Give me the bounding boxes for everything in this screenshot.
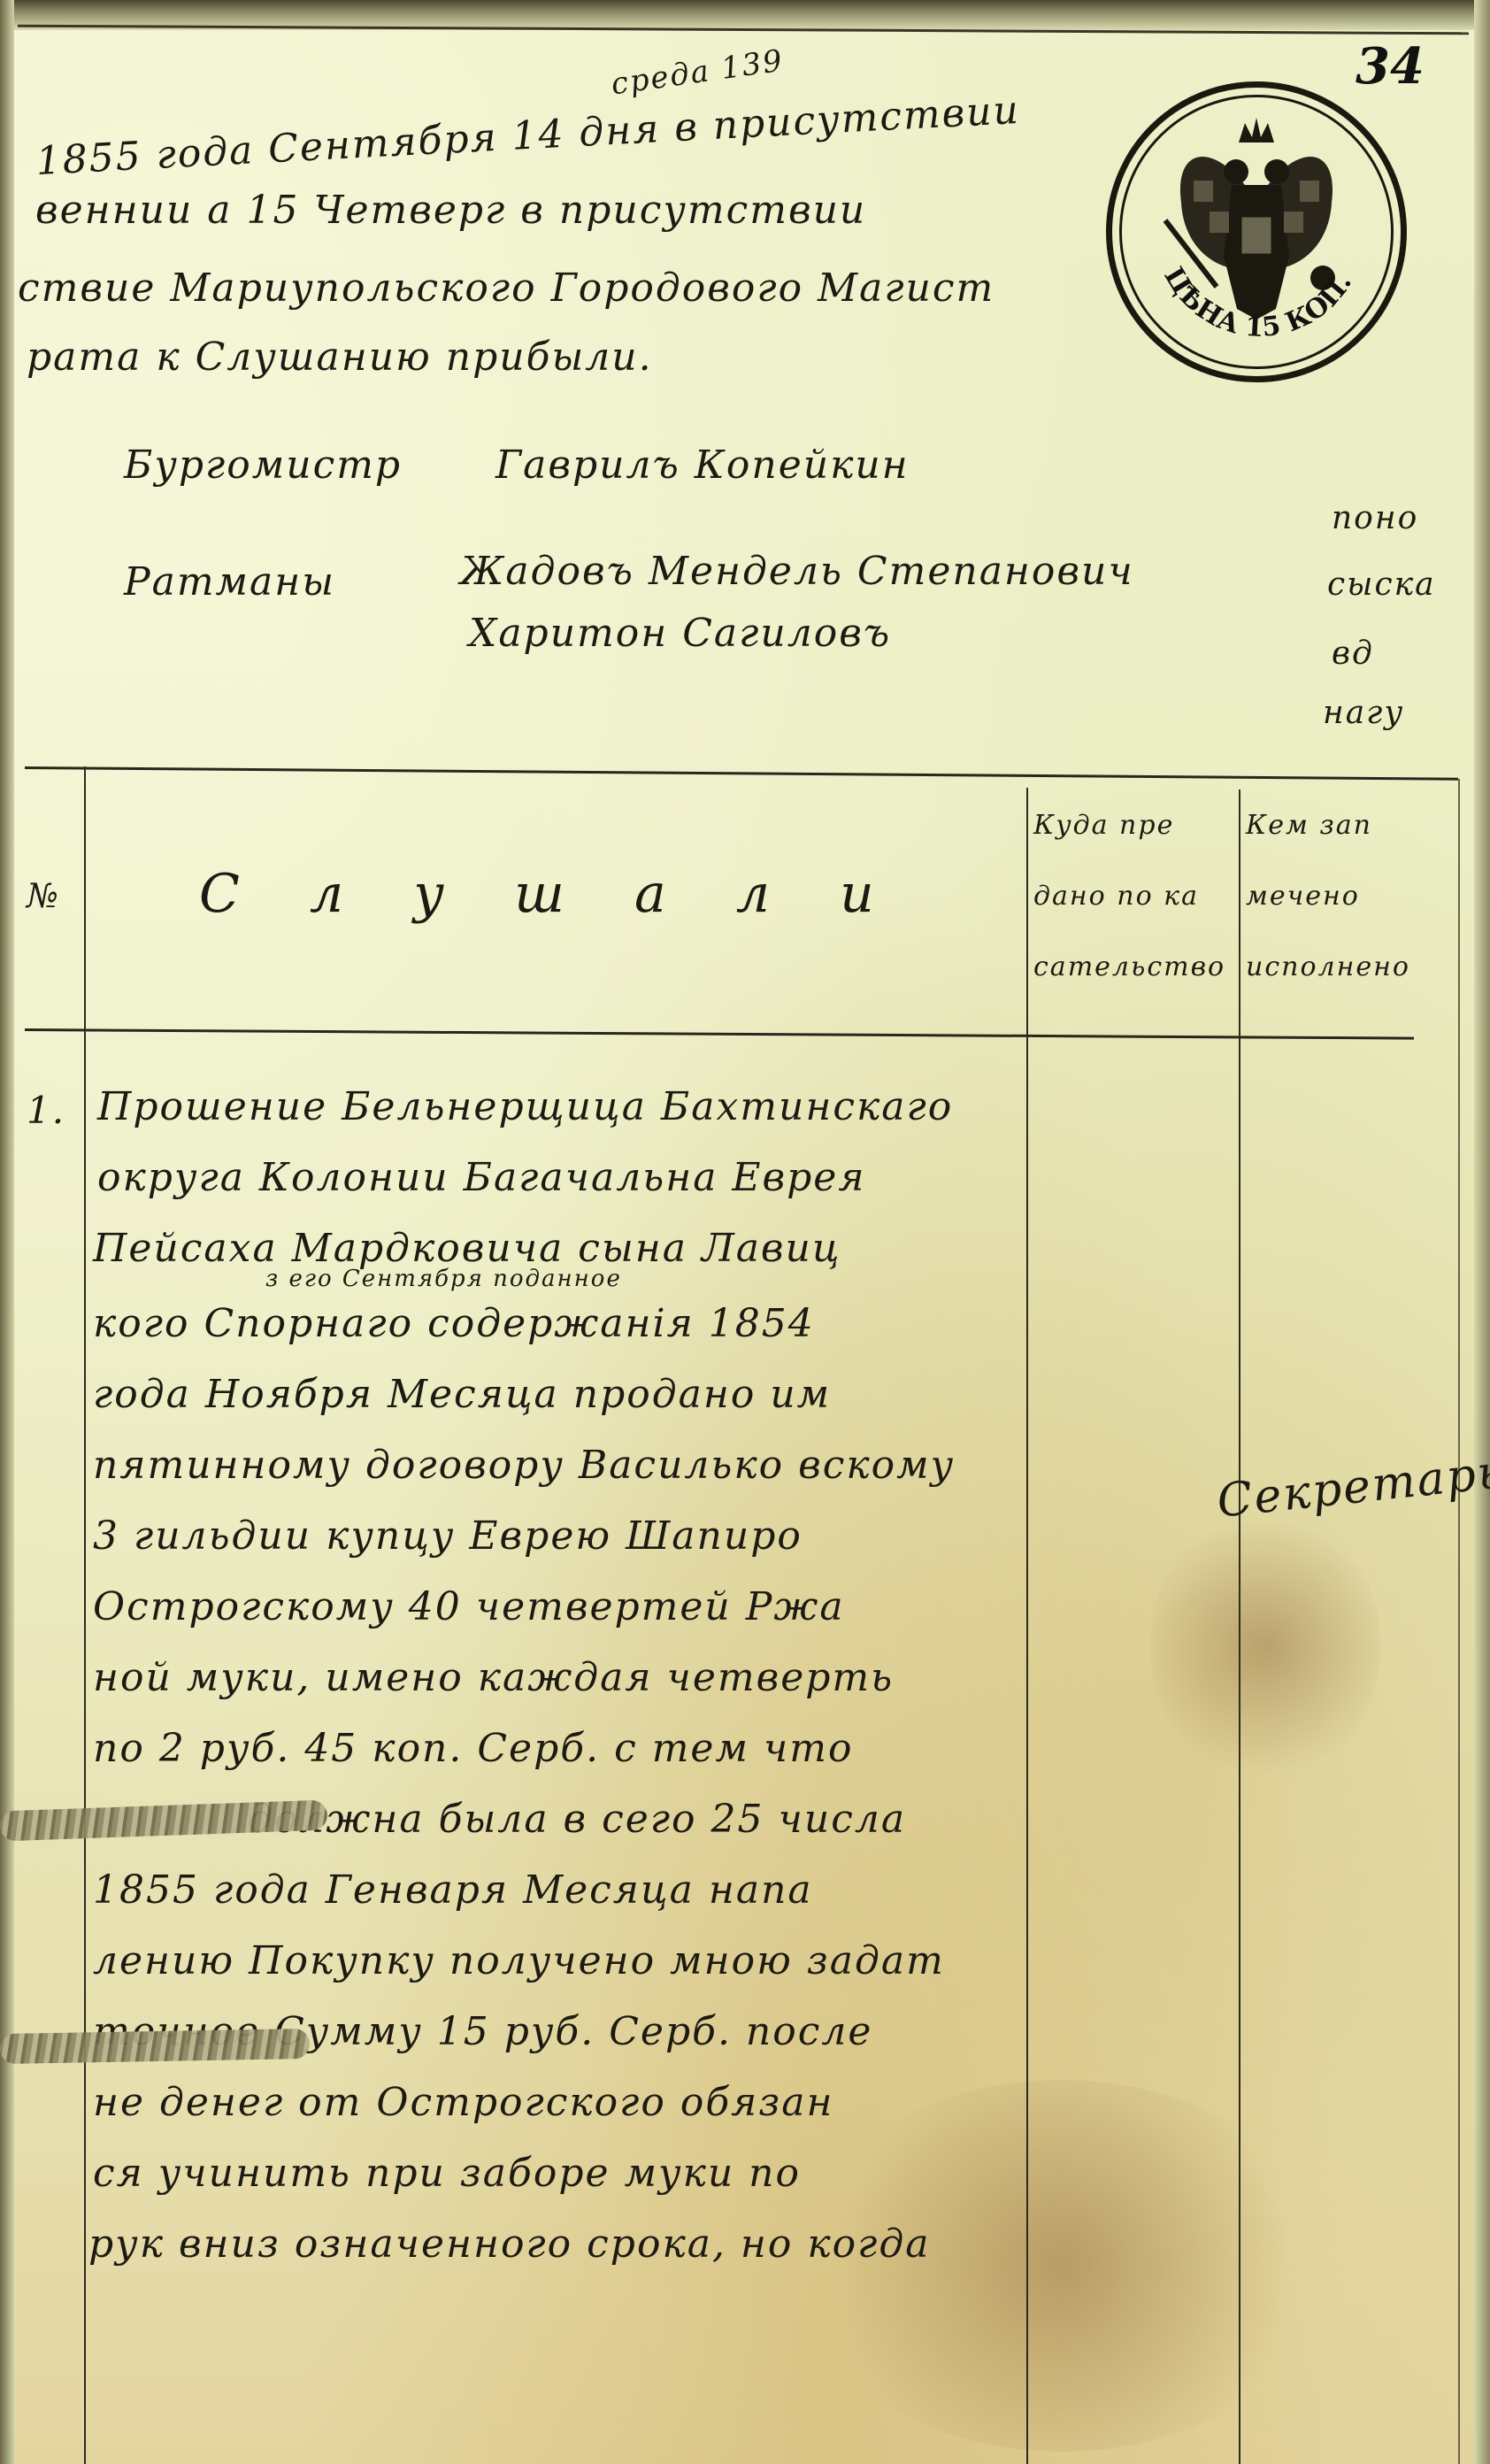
row-number: 1. — [27, 1089, 65, 1132]
row-text-line: должна была в сего 25 числа — [248, 1797, 906, 1842]
inserted-note: з его Сентября поданное — [265, 1266, 622, 1292]
row-text-line: Пейсаха Мардковича сына Лавиц — [93, 1226, 841, 1271]
water-stain — [1150, 1505, 1380, 1788]
document-page: 34 ЦѢ — [0, 0, 1490, 2464]
row-text-line: Острогскому 40 четвертей Ржа — [93, 1584, 845, 1629]
header-line: веннии а 15 Четверг в присутствии — [35, 188, 866, 233]
row-text-line: пятинному договору Василько вскому — [93, 1443, 955, 1488]
page-right-edge — [1474, 0, 1490, 2464]
binding-string — [0, 2029, 310, 2064]
table-header-col3-line: сательство — [1033, 951, 1225, 982]
table-header-rule — [25, 1028, 1414, 1040]
row-text-line: 3 гильдии купцу Еврею Шапиро — [93, 1513, 803, 1559]
attendee-name: Жадовъ Мендель Степанович — [460, 549, 1134, 594]
table-column-rule — [1458, 779, 1460, 2464]
row-text-line: по 2 руб. 45 коп. Серб. с тем что — [93, 1726, 854, 1771]
margin-note-line: нагу — [1323, 695, 1404, 731]
revenue-stamp: ЦѢНА 15 КОП.СЕР. — [1106, 81, 1407, 382]
table-top-rule — [25, 766, 1458, 781]
row-text-line: ной муки, имено каждая четверть — [93, 1655, 894, 1700]
row-text-line: Прошение Бельнерщица Бахтинскаго — [97, 1084, 953, 1129]
table-header-col4-line: мечено — [1246, 881, 1360, 912]
row-text-line: 1855 года Генваря Месяца напа — [93, 1867, 813, 1913]
margin-note-line: поно — [1332, 500, 1418, 536]
row-text-line: не денег от Острогского обязан — [93, 2080, 834, 2125]
table-column-rule — [84, 766, 86, 2464]
attendee-name: Харитон Сагиловъ — [469, 611, 891, 656]
header-note-above: среда 139 — [609, 43, 786, 103]
attendee-role: Ратманы — [124, 559, 335, 604]
secretary-signature: Секретарь — [1215, 1445, 1490, 1528]
row-text-line: года Ноября Месяца продано им — [93, 1372, 831, 1417]
row-text-line: округа Колонии Багачальна Еврея — [97, 1155, 865, 1200]
attendee-name: Гаврилъ Копейкин — [495, 443, 910, 488]
margin-note-line: сыска — [1327, 566, 1436, 603]
table-column-rule — [1239, 789, 1240, 2464]
row-text-line: лению Покупку получено мною задат — [93, 1938, 945, 1983]
table-header-col4-line: Кем зап — [1246, 810, 1372, 841]
header-line: 1855 года Сентября 14 дня в присутствии — [35, 88, 1021, 184]
table-header-col3-line: дано по ка — [1033, 881, 1199, 912]
row-text-line: кого Спорнаго содержанія 1854 — [93, 1301, 815, 1346]
margin-note-line: вд — [1332, 635, 1374, 672]
row-text-line: ся учинить при заборе муки по — [93, 2151, 801, 2196]
table-header-col4-line: исполнено — [1246, 951, 1410, 982]
table-header-number: № — [27, 876, 60, 915]
attendee-role: Бургомистр — [124, 443, 402, 488]
row-text-line: рук вниз означенного срока, но когда — [88, 2221, 931, 2267]
double-headed-eagle-icon: ЦѢНА 15 КОП.СЕР. — [1112, 88, 1401, 376]
header-line: рата к Слушанию прибыли. — [27, 335, 653, 380]
table-header-main: С л у ш а л и — [199, 863, 901, 925]
header-line: ствие Мариупольского Городового Магист — [18, 266, 995, 311]
table-header-col3-line: Куда пре — [1033, 810, 1174, 841]
table-column-rule — [1026, 788, 1028, 2464]
page-left-edge — [0, 0, 14, 2464]
